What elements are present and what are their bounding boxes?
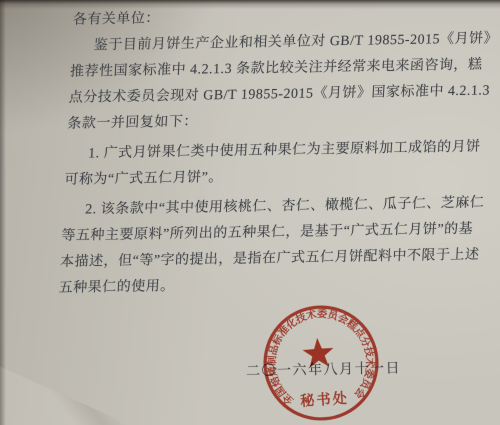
seal-center-label: 秘书处 (300, 389, 350, 410)
seal-star-icon (302, 337, 335, 368)
document-photo: 各有关单位： 鉴于目前月饼生产企业和相关单位对 GB/T 19855-2015《… (0, 0, 500, 425)
official-seal: 全国焙烤制品标准化技术委员会糕点分技术委员会 秘书处 (256, 298, 386, 425)
document-body: 各有关单位： 鉴于目前月饼生产企业和相关单位对 GB/T 19855-2015《… (58, 0, 493, 302)
paper-fold (0, 350, 130, 425)
